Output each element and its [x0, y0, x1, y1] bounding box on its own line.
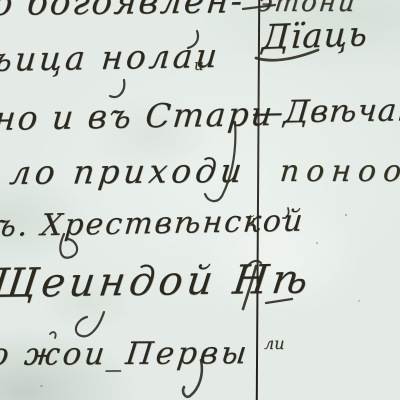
superscript-mark: ли: [264, 334, 285, 353]
handwriting-line-1: о богоявлен-: [0, 0, 246, 24]
column-divider-line: [255, 0, 260, 400]
superscript-mark: й: [246, 212, 256, 230]
ink-speck: [163, 56, 166, 59]
ink-speck: [40, 385, 43, 387]
handwriting-line-2: ъица нолаи: [0, 36, 222, 79]
handwriting-line-7: о жои_Первы: [0, 335, 251, 373]
ink-speck: [345, 214, 347, 216]
handwriting-line-5: ъ. Хрествѣнской: [0, 204, 306, 244]
handwriting-line-right-3: —Двѣчан: [250, 92, 400, 131]
handwriting-line-right-2: Дїаць: [261, 14, 369, 58]
handwriting-line-4: ло приходи: [8, 151, 248, 192]
handwriting-line-right-4: поноо: [278, 154, 400, 189]
manuscript-page: о богоявлен- ъица нолаи и но и въ Стари …: [0, 0, 400, 400]
superscript-mark: и: [194, 56, 204, 74]
ink-speck: [358, 300, 360, 302]
handwriting-line-3: но и въ Стари: [0, 94, 276, 138]
handwriting-line-6: Щеиндой Нѣ: [0, 256, 314, 307]
ink-speck: [316, 242, 318, 244]
